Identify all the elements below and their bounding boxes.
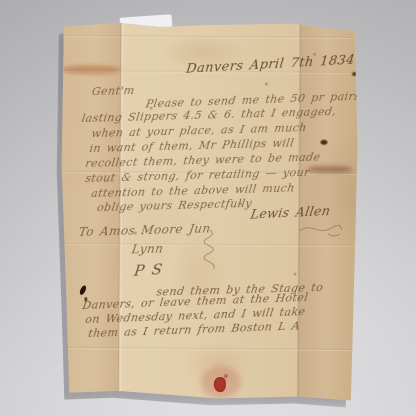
photo-canvas: { "photo": { "subject": "photograph of a… bbox=[0, 0, 416, 416]
ink-smudge bbox=[308, 166, 352, 173]
signature-flourish bbox=[298, 221, 344, 237]
wax-seal-fleck bbox=[224, 374, 228, 378]
postscript-label: P S bbox=[133, 260, 164, 280]
wax-seal bbox=[214, 377, 226, 392]
foxing-spot bbox=[265, 82, 268, 85]
recipient-flourish bbox=[196, 228, 216, 270]
letter-paper: Danvers April 7th 1834 Gent'm Please to … bbox=[53, 21, 364, 403]
recipient-place: Lynn bbox=[131, 242, 165, 257]
ink-spot bbox=[320, 140, 327, 145]
letter-salutation: Gent'm bbox=[91, 84, 136, 98]
foxing-spot bbox=[294, 273, 297, 276]
